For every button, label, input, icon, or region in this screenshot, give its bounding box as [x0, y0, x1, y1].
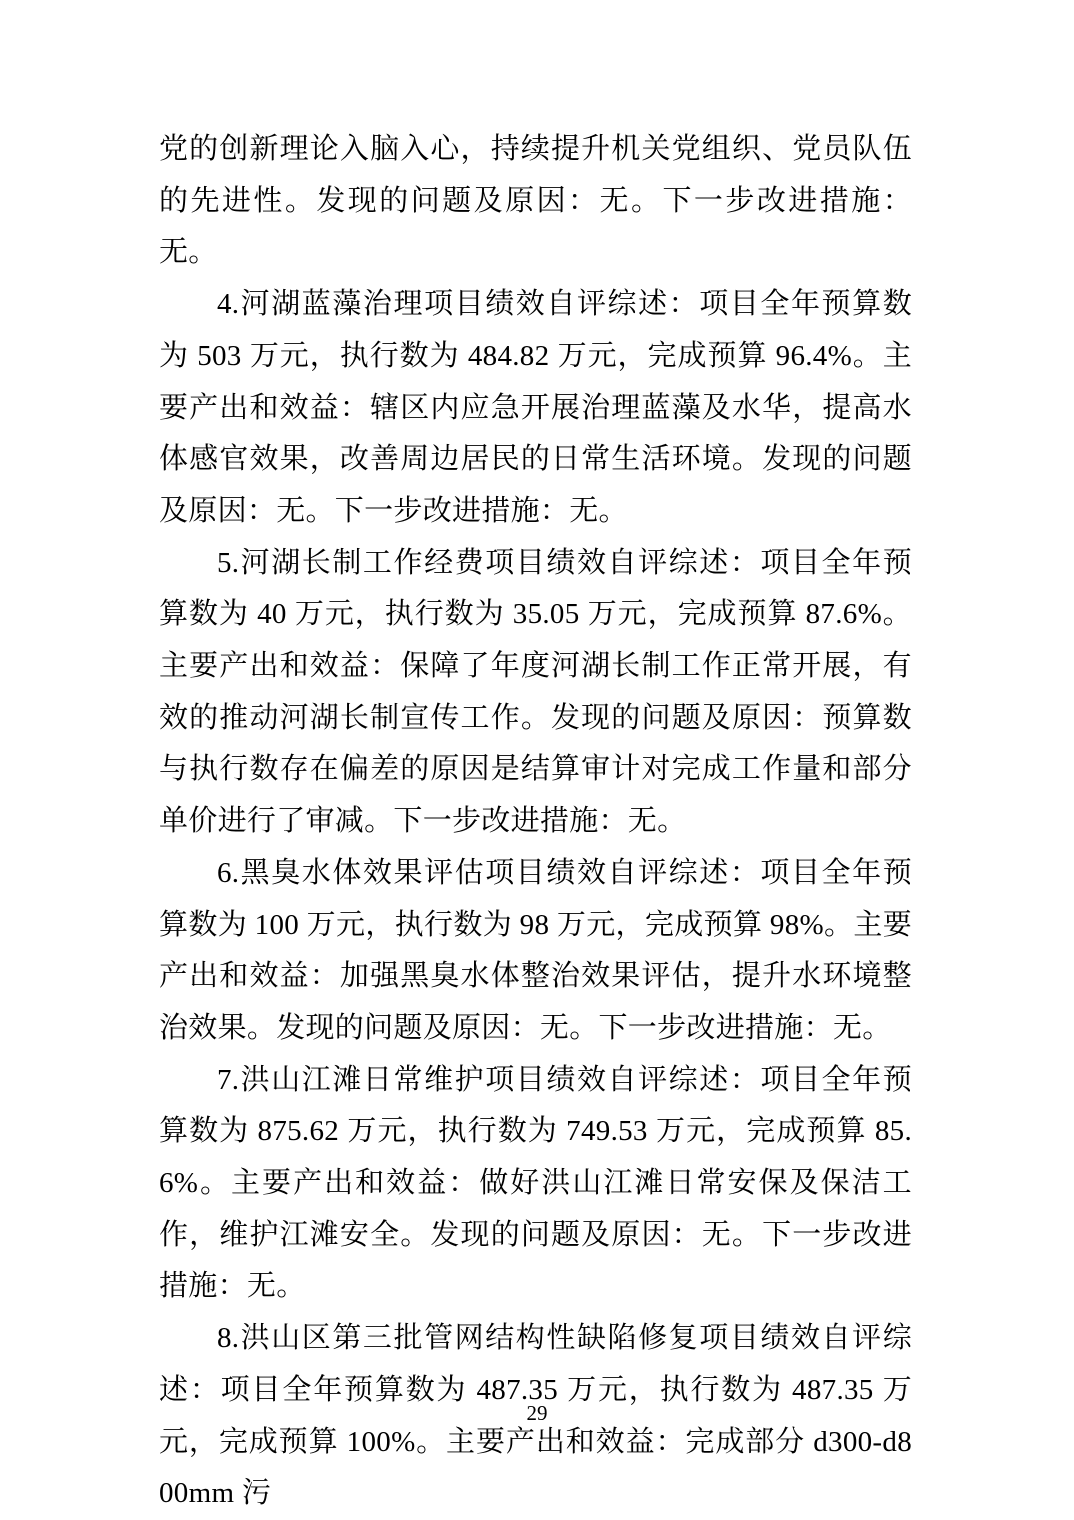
paragraph-project-4: 4.河湖蓝藻治理项目绩效自评综述：项目全年预算数为 503 万元，执行数为 48… [159, 279, 912, 538]
document-page: 党的创新理论入脑入心，持续提升机关党组织、党员队伍的先进性。发现的问题及原因：无… [0, 0, 1074, 1520]
page-number: 29 [0, 1398, 1074, 1428]
document-body: 党的创新理论入脑入心，持续提升机关党组织、党员队伍的先进性。发现的问题及原因：无… [159, 124, 912, 1520]
paragraph-continuation: 党的创新理论入脑入心，持续提升机关党组织、党员队伍的先进性。发现的问题及原因：无… [159, 124, 912, 279]
paragraph-project-5: 5.河湖长制工作经费项目绩效自评综述：项目全年预算数为 40 万元，执行数为 3… [159, 538, 912, 848]
paragraph-project-7: 7.洪山江滩日常维护项目绩效自评综述：项目全年预算数为 875.62 万元，执行… [159, 1055, 912, 1314]
paragraph-project-6: 6.黑臭水体效果评估项目绩效自评综述：项目全年预算数为 100 万元，执行数为 … [159, 848, 912, 1055]
